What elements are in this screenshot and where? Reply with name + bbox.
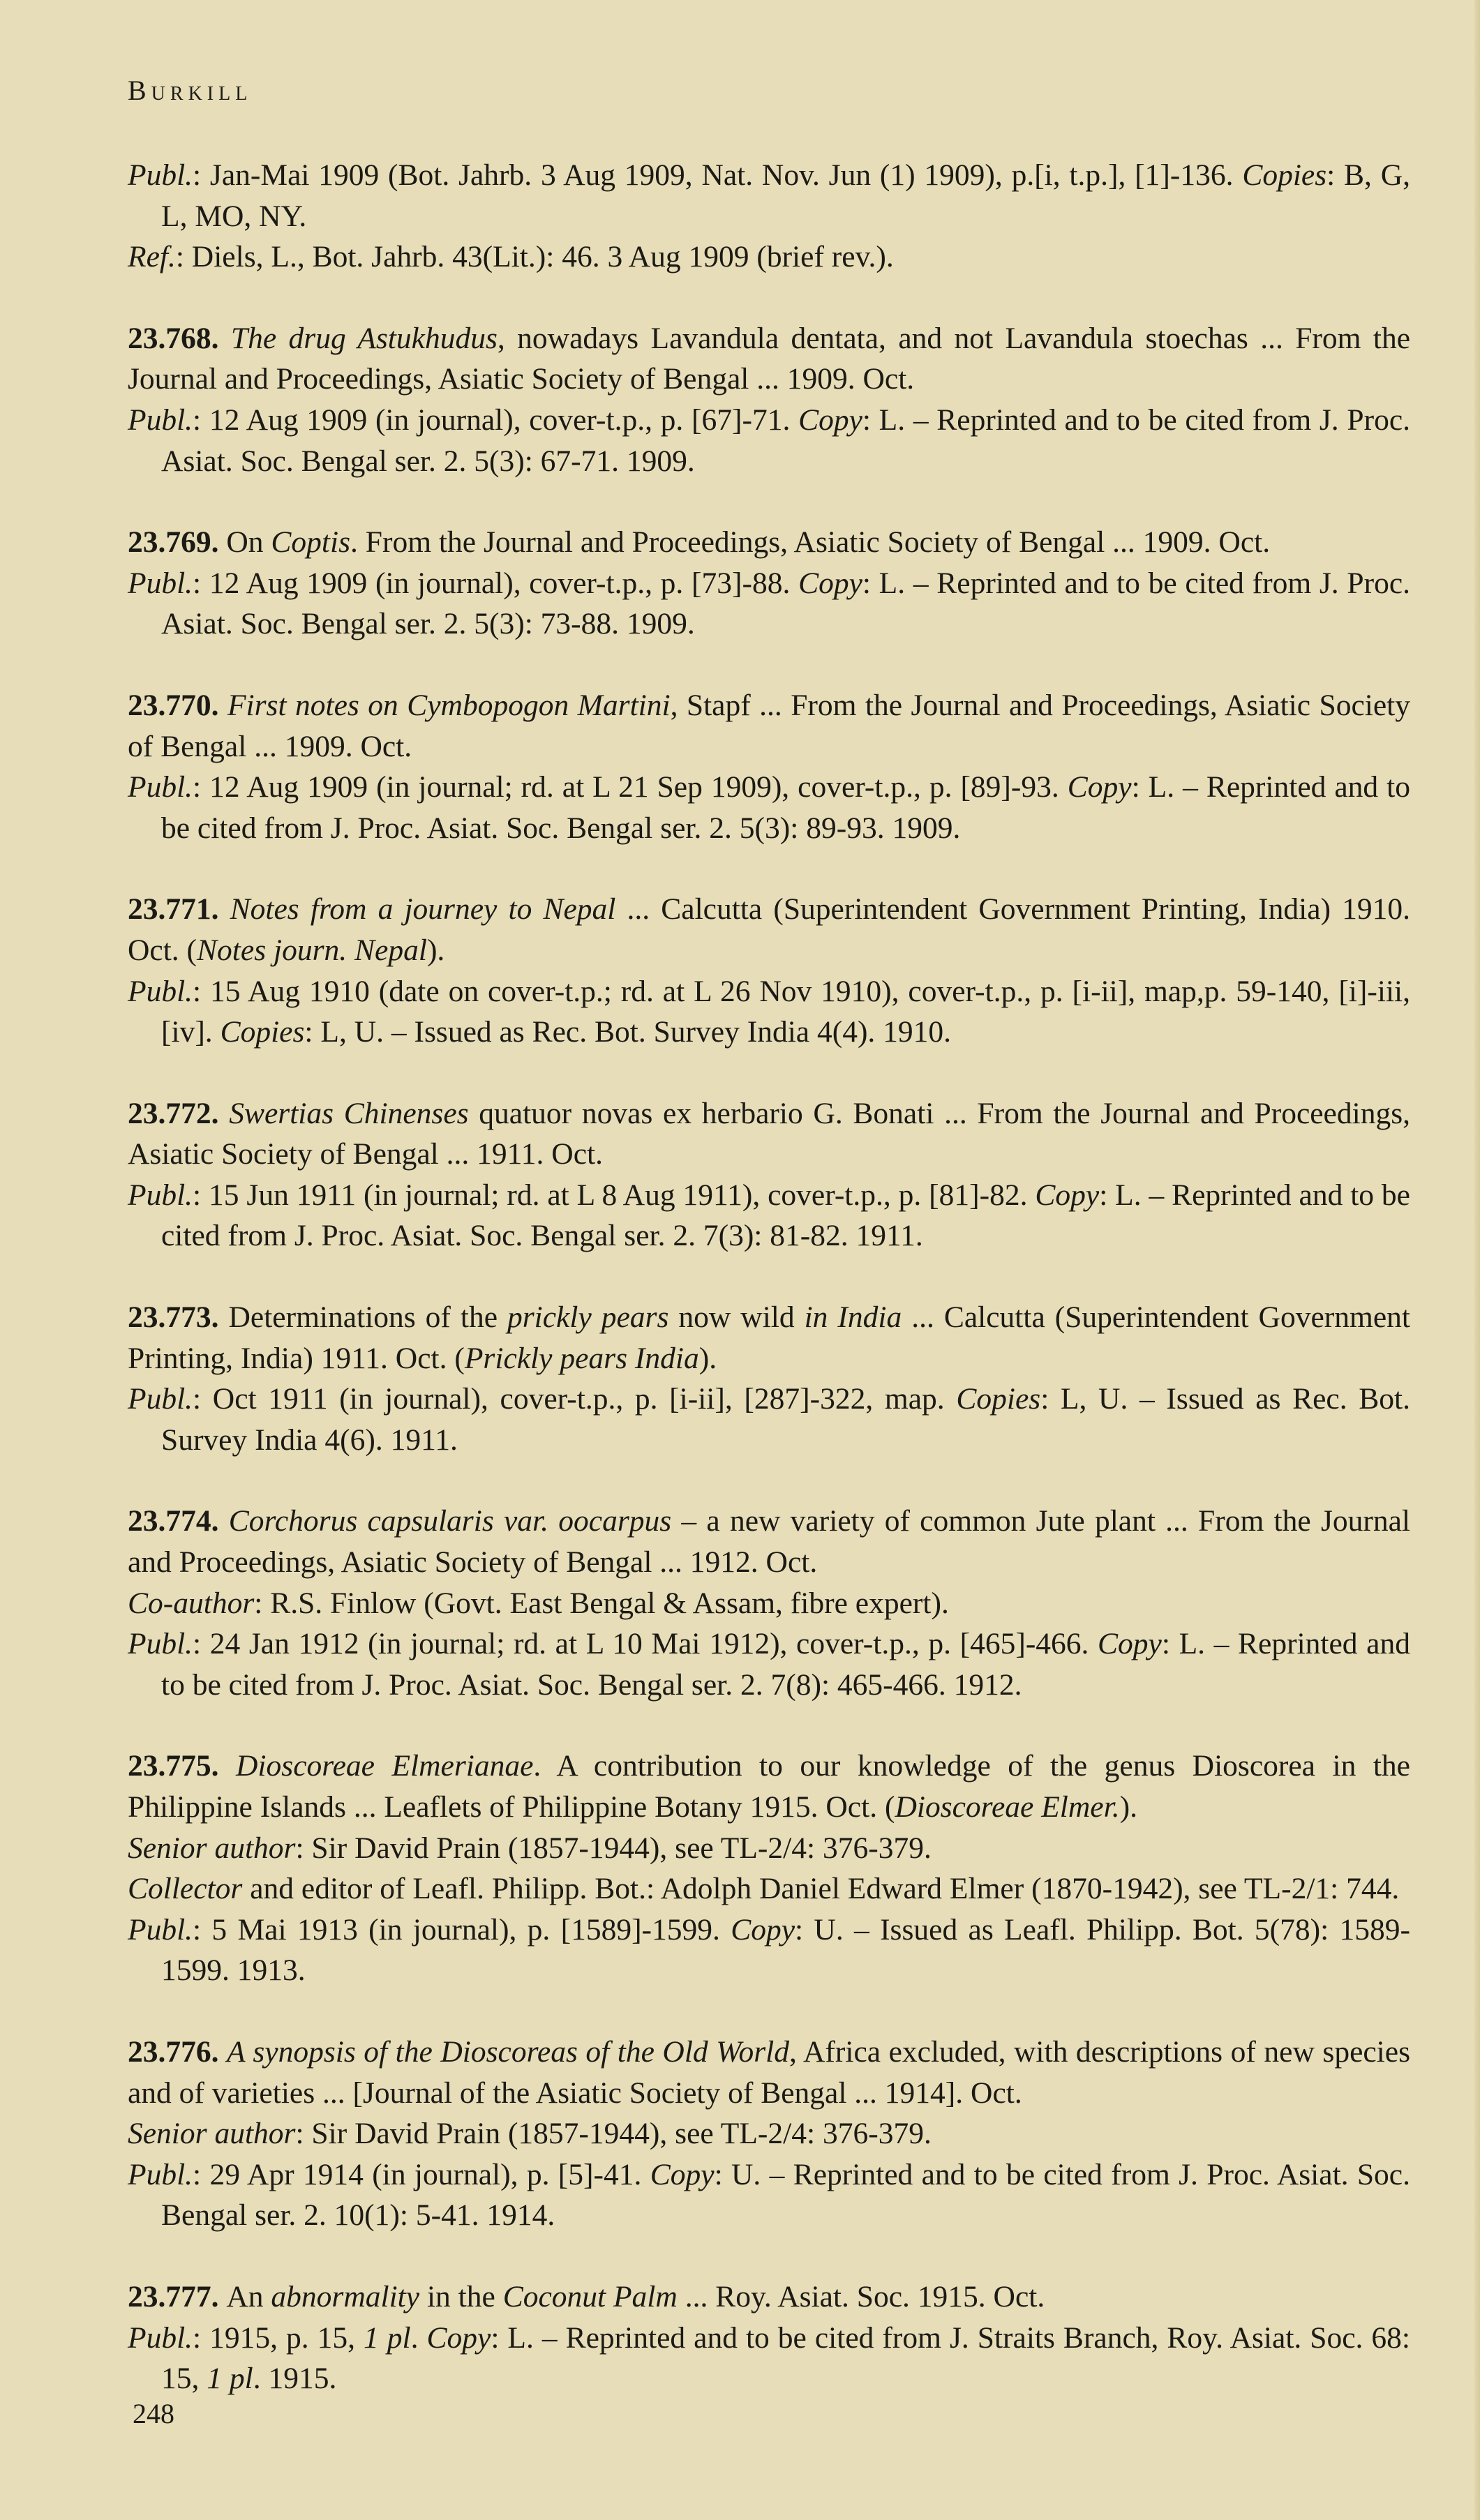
italic-text: Ref. xyxy=(128,240,176,273)
italic-text: Publ. xyxy=(128,975,193,1008)
bibliography-entry: 23.770. First notes on Cymbopogon Martin… xyxy=(128,685,1410,848)
italic-text: Dioscoreae Elmerianae xyxy=(236,1749,533,1783)
italic-text: 1 pl xyxy=(364,2321,411,2355)
bibliography-entry: 23.769. On Coptis. From the Journal and … xyxy=(128,522,1410,645)
italic-text: Copies xyxy=(956,1382,1040,1416)
italic-text: Copy xyxy=(731,1913,795,1947)
entry-detail-line: Publ.: 5 Mai 1913 (in journal), p. [1589… xyxy=(128,1910,1410,1991)
entry-detail-line: Publ.: 12 Aug 1909 (in journal), cover-t… xyxy=(128,400,1410,481)
entry-detail-line: Publ.: 1915, p. 15, 1 pl. Copy: L. – Rep… xyxy=(128,2318,1410,2399)
italic-text: Publ. xyxy=(128,1382,193,1416)
entry-title: 23.771. Notes from a journey to Nepal ..… xyxy=(128,889,1410,970)
roman-text: and editor of Leafl. Philipp. Bot.: Adol… xyxy=(242,1872,1399,1905)
italic-text: Copy xyxy=(798,567,862,600)
italic-text: prickly pears xyxy=(507,1300,668,1334)
roman-text: now wild xyxy=(668,1300,804,1334)
italic-text: Publ. xyxy=(128,567,193,600)
italic-text: Copy xyxy=(1068,770,1132,804)
italic-text: A synopsis of the Dioscoreas of the Old … xyxy=(227,2035,789,2069)
entry-detail-line: Publ.: 15 Jun 1911 (in journal; rd. at L… xyxy=(128,1175,1410,1257)
italic-text: Notes from a journey to Nepal xyxy=(230,892,616,926)
roman-text: . 1915. xyxy=(253,2362,337,2395)
italic-text: Senior author xyxy=(128,1831,295,1865)
roman-text: . xyxy=(411,2321,427,2355)
roman-text: : 29 Apr 1914 (in journal), p. [5]-41. xyxy=(193,2158,650,2191)
bibliography-entry: 23.774. Corchorus capsularis var. oocarp… xyxy=(128,1501,1410,1705)
roman-text: : 24 Jan 1912 (in journal; rd. at L 10 M… xyxy=(193,1627,1098,1660)
roman-text: : L, U. – Issued as Rec. Bot. Survey Ind… xyxy=(304,1015,951,1049)
roman-text: : Jan-Mai 1909 (Bot. Jahrb. 3 Aug 1909, … xyxy=(193,158,1242,192)
bibliography-entry: 23.775. Dioscoreae Elmerianae. A contrib… xyxy=(128,1746,1410,1991)
roman-text: : 12 Aug 1909 (in journal), cover-t.p., … xyxy=(193,403,798,437)
italic-text: Publ. xyxy=(128,403,193,437)
entry-number: 23.774. xyxy=(128,1504,229,1538)
entry-title: 23.770. First notes on Cymbopogon Martin… xyxy=(128,685,1410,767)
page-number: 248 xyxy=(133,2400,174,2428)
italic-text: 1 pl xyxy=(207,2362,253,2395)
roman-text: . From the Journal and Proceedings, Asia… xyxy=(350,525,1270,559)
roman-text: An xyxy=(226,2280,271,2313)
entry-title: 23.769. On Coptis. From the Journal and … xyxy=(128,522,1410,563)
continued-entry: Publ.: Jan-Mai 1909 (Bot. Jahrb. 3 Aug 1… xyxy=(128,155,1410,278)
roman-text: : 12 Aug 1909 (in journal), cover-t.p., … xyxy=(193,567,798,600)
entry-detail-line: Ref.: Diels, L., Bot. Jahrb. 43(Lit.): 4… xyxy=(128,237,1410,278)
italic-text: in India xyxy=(805,1300,902,1334)
roman-text: : 12 Aug 1909 (in journal; rd. at L 21 S… xyxy=(193,770,1068,804)
running-head: Burkill xyxy=(128,77,252,105)
entry-detail-line: Publ.: Jan-Mai 1909 (Bot. Jahrb. 3 Aug 1… xyxy=(128,155,1410,237)
italic-text: Copies xyxy=(220,1015,305,1049)
italic-text: Copy xyxy=(1098,1627,1162,1660)
entry-detail-line: Senior author: Sir David Prain (1857-194… xyxy=(128,2113,1410,2154)
entry-detail-line: Senior author: Sir David Prain (1857-194… xyxy=(128,1828,1410,1869)
italic-text: Copy xyxy=(1035,1178,1099,1212)
entry-detail-line: Publ.: 15 Aug 1910 (date on cover-t.p.; … xyxy=(128,971,1410,1053)
roman-text: : Sir David Prain (1857-1944), see TL-2/… xyxy=(295,1831,931,1865)
italic-text: The drug Astukhudus xyxy=(231,322,498,355)
italic-text: Publ. xyxy=(128,2158,193,2191)
page-edge-shadow xyxy=(1474,0,1480,2520)
roman-text: On xyxy=(226,525,271,559)
italic-text: Coptis xyxy=(271,525,350,559)
entry-title: 23.768. The drug Astukhudus, nowadays La… xyxy=(128,318,1410,400)
italic-text: Corchorus capsularis var. oocarpus xyxy=(229,1504,671,1538)
italic-text: Notes journ. Nepal xyxy=(197,933,427,967)
italic-text: Copies xyxy=(1242,158,1326,192)
roman-text: : 15 Jun 1911 (in journal; rd. at L 8 Au… xyxy=(193,1178,1035,1212)
entry-number: 23.775. xyxy=(128,1749,236,1783)
roman-text: ... Roy. Asiat. Soc. 1915. Oct. xyxy=(678,2280,1045,2313)
italic-text: Collector xyxy=(128,1872,242,1905)
bibliography-entry: 23.773. Determinations of the prickly pe… xyxy=(128,1297,1410,1460)
entry-detail-line: Publ.: 29 Apr 1914 (in journal), p. [5]-… xyxy=(128,2154,1410,2236)
entry-title: 23.777. An abnormality in the Coconut Pa… xyxy=(128,2277,1410,2318)
roman-text: : R.S. Finlow (Govt. East Bengal & Assam… xyxy=(254,1587,949,1620)
italic-text: Prickly pears India xyxy=(465,1342,699,1375)
bibliography-entry: 23.771. Notes from a journey to Nepal ..… xyxy=(128,889,1410,1052)
italic-text: Co-author xyxy=(128,1587,254,1620)
italic-text: Publ. xyxy=(128,158,193,192)
italic-text: First notes on Cymbopogon Martini xyxy=(227,689,671,722)
roman-text: : Oct 1911 (in journal), cover-t.p., p. … xyxy=(193,1382,956,1416)
entry-number: 23.769. xyxy=(128,525,226,559)
bibliography-entry: 23.777. An abnormality in the Coconut Pa… xyxy=(128,2277,1410,2399)
bibliography-entry: 23.776. A synopsis of the Dioscoreas of … xyxy=(128,2032,1410,2236)
italic-text: Copy xyxy=(427,2321,491,2355)
entry-detail-line: Publ.: 24 Jan 1912 (in journal; rd. at L… xyxy=(128,1623,1410,1705)
bibliography-entry: 23.768. The drug Astukhudus, nowadays La… xyxy=(128,318,1410,481)
entry-detail-line: Publ.: 12 Aug 1909 (in journal; rd. at L… xyxy=(128,767,1410,848)
roman-text: : Diels, L., Bot. Jahrb. 43(Lit.): 46. 3… xyxy=(176,240,894,273)
italic-text: Coconut Palm xyxy=(503,2280,678,2313)
entry-number: 23.771. xyxy=(128,892,230,926)
bibliography-content: Publ.: Jan-Mai 1909 (Bot. Jahrb. 3 Aug 1… xyxy=(128,155,1410,2440)
entry-detail-line: Co-author: R.S. Finlow (Govt. East Benga… xyxy=(128,1583,1410,1624)
entry-detail-line: Publ.: Oct 1911 (in journal), cover-t.p.… xyxy=(128,1379,1410,1460)
entry-number: 23.770. xyxy=(128,689,227,722)
entry-title: 23.773. Determinations of the prickly pe… xyxy=(128,1297,1410,1379)
entry-title: 23.776. A synopsis of the Dioscoreas of … xyxy=(128,2032,1410,2113)
bibliography-entry: 23.772. Swertias Chinenses quatuor novas… xyxy=(128,1093,1410,1257)
entry-number: 23.776. xyxy=(128,2035,227,2069)
entry-detail-line: Collector and editor of Leafl. Philipp. … xyxy=(128,1868,1410,1910)
entry-number: 23.773. xyxy=(128,1300,228,1334)
italic-text: Dioscoreae Elmer. xyxy=(895,1790,1119,1824)
roman-text: : 5 Mai 1913 (in journal), p. [1589]-159… xyxy=(193,1913,731,1947)
entry-title: 23.775. Dioscoreae Elmerianae. A contrib… xyxy=(128,1746,1410,1827)
italic-text: Copy xyxy=(650,2158,715,2191)
italic-text: Senior author xyxy=(128,2117,295,2150)
roman-text: : Sir David Prain (1857-1944), see TL-2/… xyxy=(295,2117,931,2150)
roman-text: ). xyxy=(699,1342,717,1375)
entry-number: 23.768. xyxy=(128,322,231,355)
italic-text: Copy xyxy=(798,403,862,437)
entries-list: 23.768. The drug Astukhudus, nowadays La… xyxy=(128,318,1410,2399)
italic-text: Publ. xyxy=(128,770,193,804)
roman-text: in the xyxy=(419,2280,503,2313)
entry-number: 23.772. xyxy=(128,1097,229,1130)
roman-text: Determinations of the xyxy=(228,1300,507,1334)
roman-text: ). xyxy=(1120,1790,1137,1824)
italic-text: Publ. xyxy=(128,2321,193,2355)
italic-text: Publ. xyxy=(128,1178,193,1212)
italic-text: Publ. xyxy=(128,1627,193,1660)
entry-title: 23.772. Swertias Chinenses quatuor novas… xyxy=(128,1093,1410,1175)
entry-title: 23.774. Corchorus capsularis var. oocarp… xyxy=(128,1501,1410,1582)
roman-text: ). xyxy=(427,933,444,967)
roman-text: : 1915, p. 15, xyxy=(193,2321,364,2355)
italic-text: abnormality xyxy=(271,2280,419,2313)
italic-text: Publ. xyxy=(128,1913,193,1947)
entry-detail-line: Publ.: 12 Aug 1909 (in journal), cover-t… xyxy=(128,563,1410,645)
entry-number: 23.777. xyxy=(128,2280,226,2313)
italic-text: Swertias Chinenses xyxy=(229,1097,468,1130)
